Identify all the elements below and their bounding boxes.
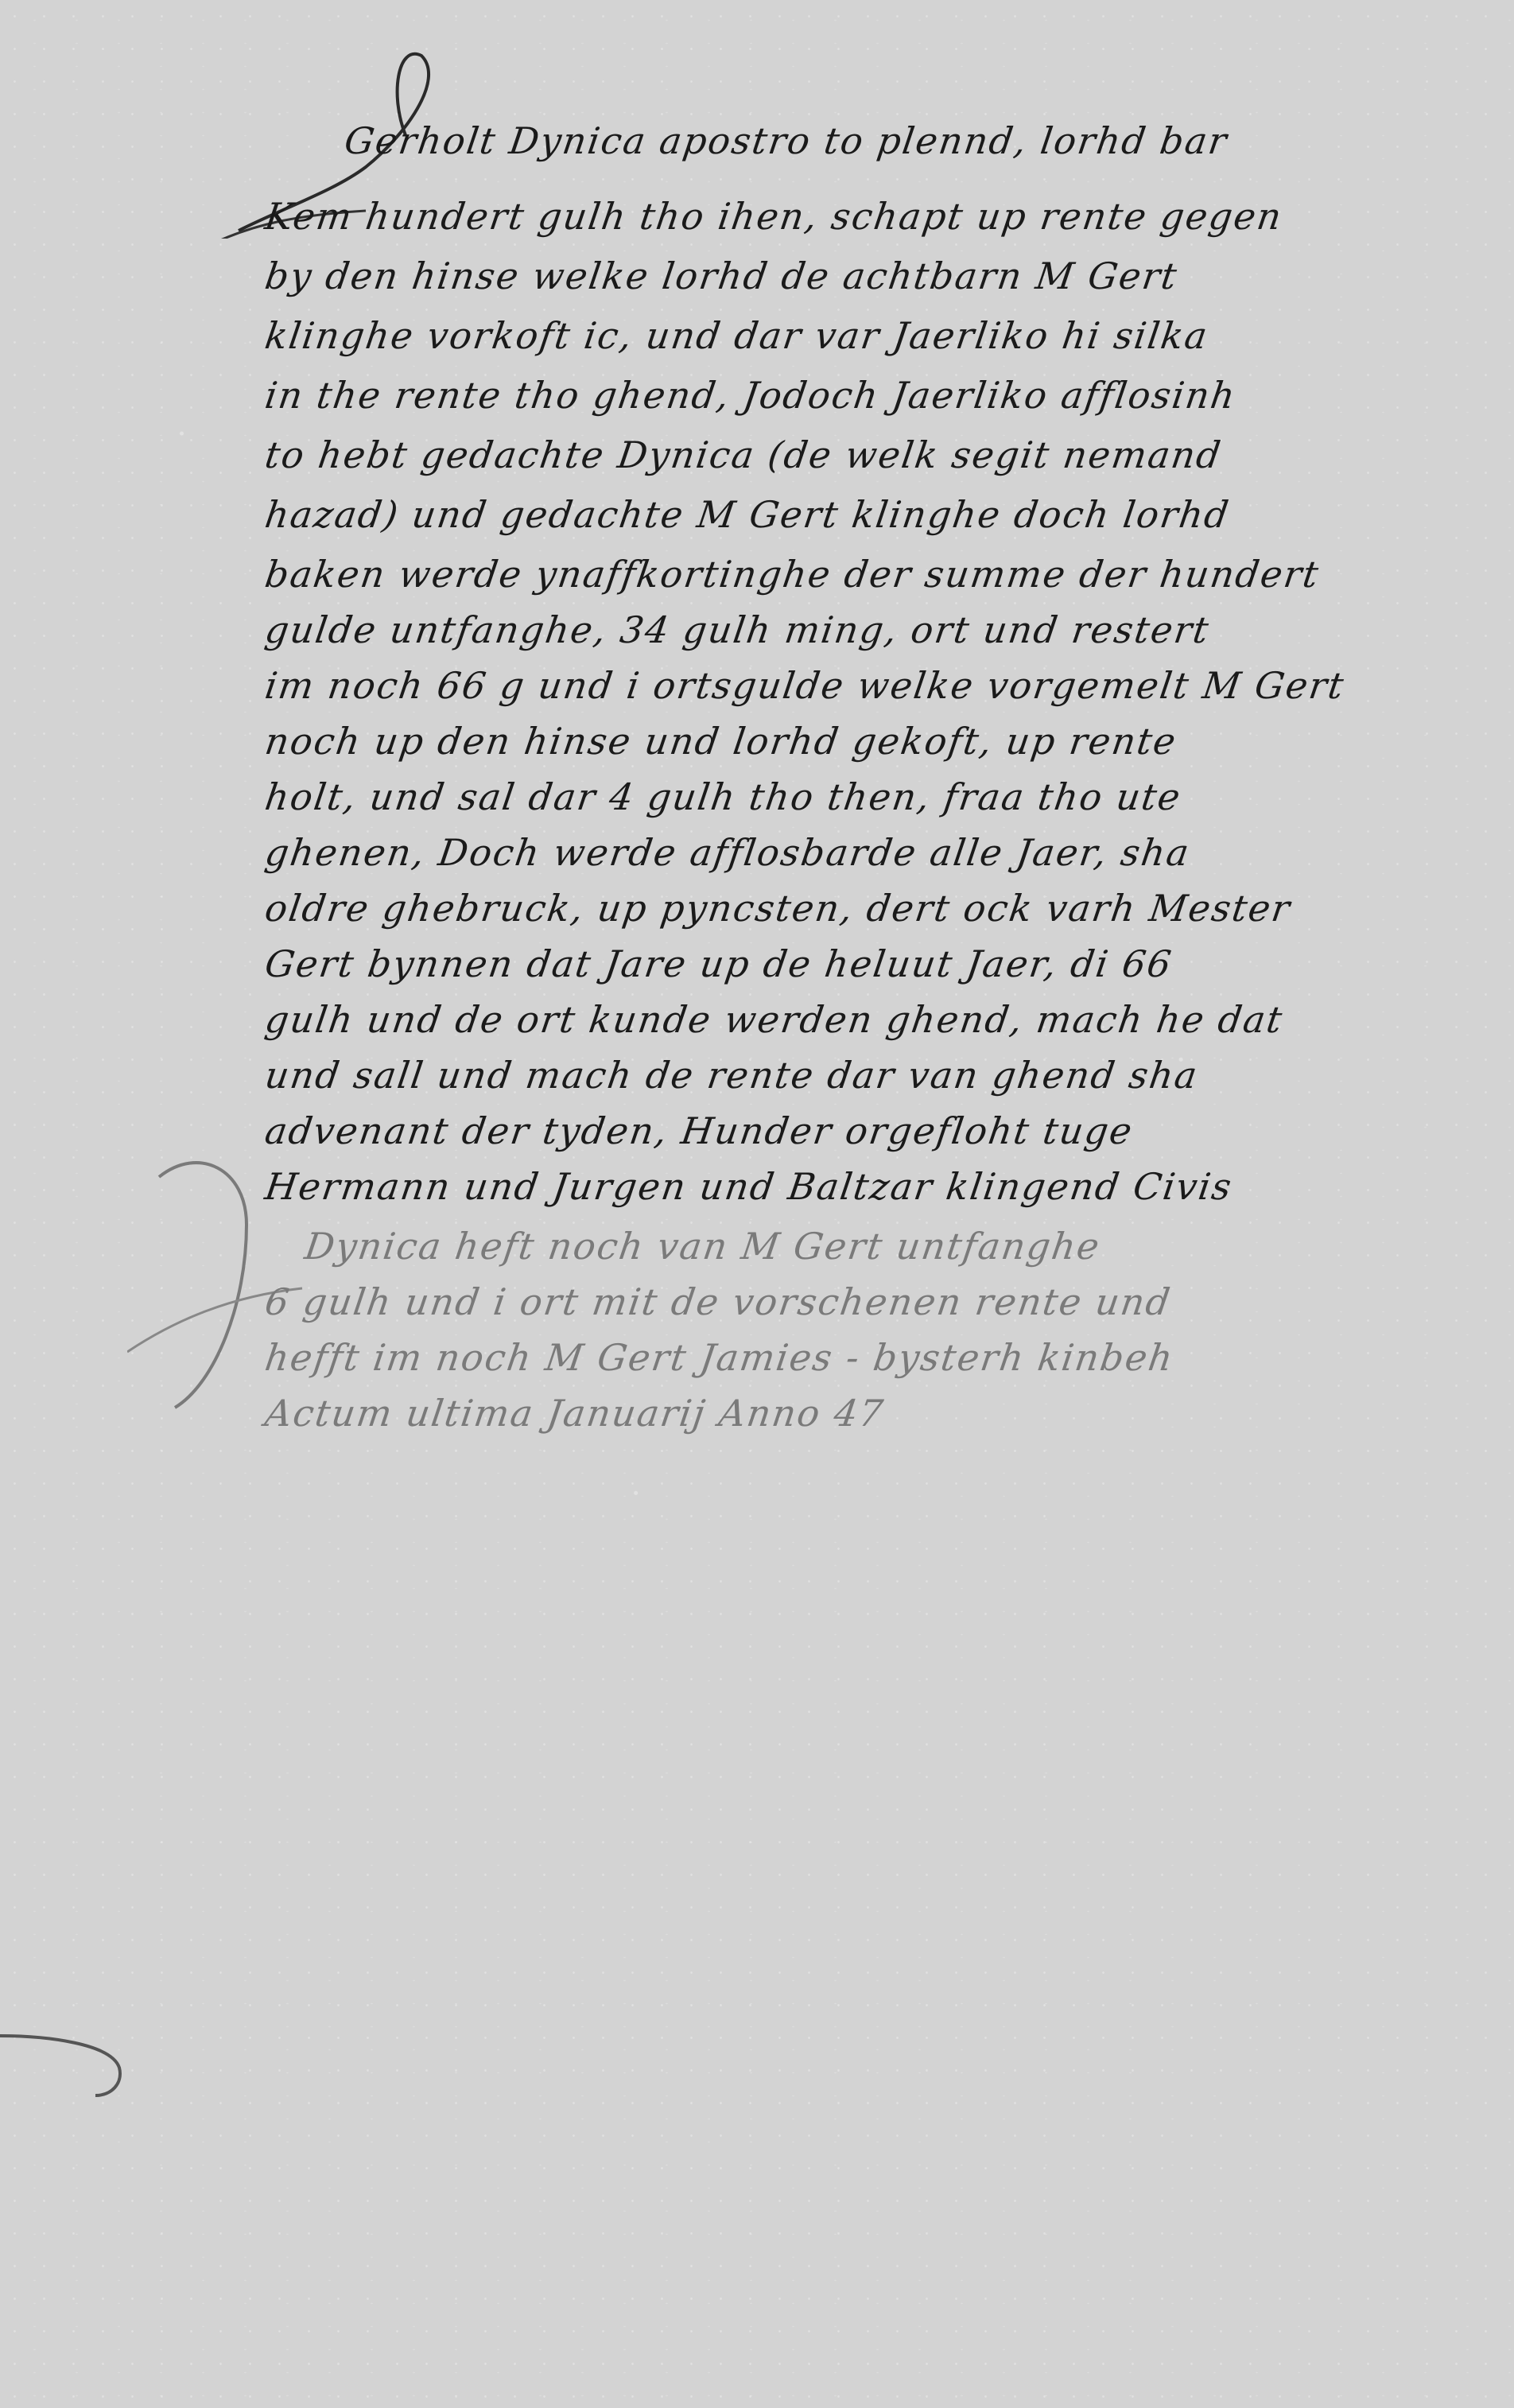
manuscript-line: holt, und sal dar 4 gulh tho then, fraa …	[262, 775, 1184, 818]
manuscript-line: Gerholt Dynica apostro to plennd, lorhd …	[342, 119, 1231, 162]
manuscript-line: im noch 66 g und i ortsgulde welke vorge…	[262, 664, 1348, 707]
manuscript-line: Gert bynnen dat Jare up de heluut Jaer, …	[262, 942, 1175, 985]
manuscript-date-line: Actum ultima Januarij Anno 47	[262, 1392, 887, 1435]
manuscript-line-addendum: Dynica heft noch van M Gert untfanghe	[302, 1225, 1103, 1268]
manuscript-line: hazad) und gedachte M Gert klinghe doch …	[262, 493, 1233, 536]
manuscript-line: und sall und mach de rente dar van ghend…	[262, 1054, 1201, 1097]
manuscript-line: oldre ghebruck, up pyncsten, dert ock va…	[262, 887, 1294, 930]
ink-smudge-mark	[0, 2020, 135, 2099]
manuscript-line: gulde untfanghe, 34 gulh ming, ort und r…	[262, 608, 1213, 651]
manuscript-line-addendum: 6 gulh und i ort mit de vorschenen rente…	[262, 1280, 1174, 1323]
manuscript-page: Gerholt Dynica apostro to plennd, lorhd …	[0, 0, 1514, 2408]
manuscript-line: to hebt gedachte Dynica (de welk segit n…	[262, 433, 1225, 476]
manuscript-line: ghenen, Doch werde afflosbarde alle Jaer…	[262, 831, 1193, 874]
manuscript-line: in the rente tho ghend, Jodoch Jaerliko …	[262, 374, 1239, 417]
manuscript-line: advenant der tyden, Hunder orgefloht tug…	[262, 1109, 1136, 1152]
manuscript-line: noch up den hinse und lorhd gekoft, up r…	[262, 720, 1180, 763]
manuscript-line-addendum: hefft im noch M Gert Jamies - bysterh ki…	[262, 1336, 1177, 1379]
manuscript-line: by den hinse welke lorhd de achtbarn M G…	[262, 254, 1181, 297]
manuscript-line: Hermann und Jurgen und Baltzar klingend …	[262, 1165, 1236, 1208]
manuscript-line: klinghe vorkoft ic, und dar var Jaerliko…	[262, 314, 1211, 357]
manuscript-line: baken werde ynaffkortinghe der summe der…	[262, 553, 1322, 596]
manuscript-line: Kem hundert gulh tho ihen, schapt up ren…	[262, 195, 1286, 238]
manuscript-line: gulh und de ort kunde werden ghend, mach…	[262, 998, 1286, 1041]
